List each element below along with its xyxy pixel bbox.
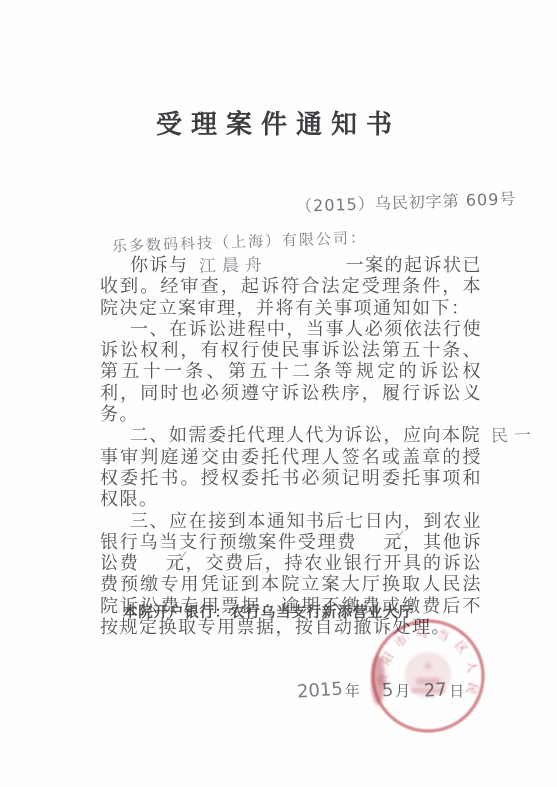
document-title: 受理案件通知书 bbox=[0, 104, 557, 141]
date-line: 2015 年 5 月 27 日 bbox=[297, 680, 464, 701]
intro-lead: 你诉与 bbox=[130, 255, 189, 276]
scanned-court-notice: 受理案件通知书 （2015）乌民初字第 609号 乐多数码科技（上海）有限公司：… bbox=[0, 0, 557, 787]
fee-blank-slash-2: ／ bbox=[139, 552, 166, 575]
case-number-handwritten: （2015）乌民初字第 609号 bbox=[296, 186, 517, 217]
intro-line-end: 一案的起诉状已 bbox=[346, 255, 483, 276]
item-2-first-line: 二、如需委托代理人代为诉讼，应向本院 民一 bbox=[100, 425, 482, 446]
item-2-continuation: 事审判庭递交由委托代理人签名或盖章的授权委托书。授权委托书必须记明委托事项和权限… bbox=[100, 447, 482, 511]
date-year-label: 年 bbox=[345, 680, 360, 701]
date-day-label: 日 bbox=[449, 680, 464, 701]
bank-account-line: 本院开户银行：农行乌当支行新添营业大厅 bbox=[123, 601, 414, 622]
date-month-label: 月 bbox=[395, 680, 410, 701]
intro-first-line: 你诉与 江晨舟 一案的起诉状已 bbox=[100, 255, 482, 276]
date-month-handwritten: 5 bbox=[381, 680, 394, 702]
date-year-handwritten: 2015 bbox=[296, 678, 343, 702]
svg-text:★: ★ bbox=[423, 659, 434, 673]
intro-continuation: 收到。经审查，起诉符合法定受理条件，本院决定立案审理，并将有关事项通知如下： bbox=[100, 276, 482, 319]
addressee-handwritten: 乐多数码科技（上海）有限公司： bbox=[112, 227, 368, 257]
court-division-handwritten: 民一 bbox=[491, 426, 538, 448]
date-day-handwritten: 27 bbox=[424, 679, 448, 702]
fee-blank-slash-1: ／ bbox=[356, 531, 383, 554]
item-1: 一、在诉讼进程中，当事人必须依法行使诉讼权利，有权行使民事诉讼法第五十条、第五十… bbox=[100, 319, 482, 425]
defendant-name-handwritten: 江晨舟 bbox=[198, 255, 268, 278]
item-2-lead: 二、如需委托代理人代为诉讼，应向本院 bbox=[130, 425, 481, 446]
notice-body: 你诉与 江晨舟 一案的起诉状已 收到。经审查，起诉符合法定受理条件，本院决定立案… bbox=[100, 255, 482, 638]
